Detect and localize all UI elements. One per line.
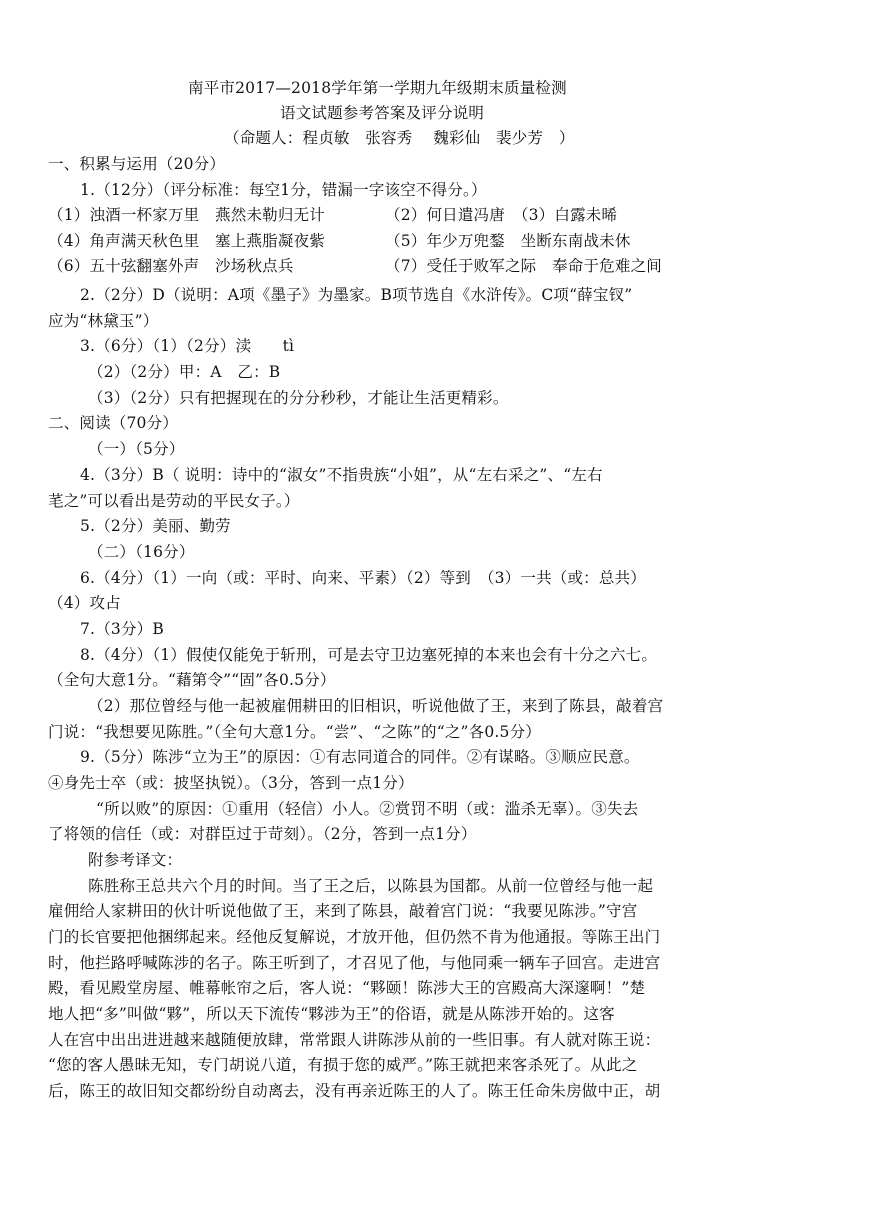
translation-line: 人在宫中出出进进越来越随便放肆，常常跟人讲陈涉从前的一些旧事。有人就对陈王说：	[48, 1028, 738, 1053]
question-3-line-1: 3.（6分）（1）（2分）渎 tì	[80, 334, 738, 359]
document-title: 南平市2017—2018学年第一学期九年级期末质量检测	[188, 76, 788, 101]
document-authors: （命题人：程贞敏 张容秀 魏彩仙 裴少芳 ）	[224, 126, 724, 151]
translation-line: 陈胜称王总共六个月的时间。当了王之后，以陈县为国都。从前一位曾经与他一起	[88, 874, 738, 899]
part-1-heading: （一）（5分）	[88, 437, 738, 462]
question-3-line-3: （3）（2分）只有把握现在的分分秒秒，才能让生活更精彩。	[88, 386, 738, 411]
answer-5: （5）年少万兜鍪 坐断东南战未休	[385, 229, 631, 254]
section-heading-1: 一、积累与运用（20分）	[48, 152, 738, 177]
answer-row-3: （6）五十弦翻塞外声 沙场秋点兵 （7）受任于败军之际 奉命于危难之间	[48, 254, 738, 279]
question-9-line-1: 9.（5分）陈涉“立为王”的原因：①有志同道合的同伴。②有谋略。③顺应民意。	[80, 745, 738, 770]
translation-line: 时，他拦路呼喊陈涉的名子。陈王听到了，才召见了他，与他同乘一辆车子回宫。走进宫	[48, 951, 738, 976]
question-6-line-2: （4）攻占	[48, 591, 738, 616]
answer-1: （1）浊酒一杯家万里 燕然未勒归无计	[48, 203, 325, 228]
translation-line: 后，陈王的故旧知交都纷纷自动离去，没有再亲近陈王的人了。陈王任命朱房做中正，胡	[48, 1079, 738, 1104]
question-2-line-1: 2.（2分）D（说明：A项《墨子》为墨家。B项节选自《水浒传》。C项“薛宝钗”	[80, 283, 738, 308]
question-1-label: 1.（12分）（评分标准：每空1分，错漏一字该空不得分。）	[80, 178, 738, 203]
answer-row-2: （4）角声满天秋色里 塞上燕脂凝夜紫 （5）年少万兜鍪 坐断东南战未休	[48, 229, 738, 254]
translation-line: 地人把“多”叫做“夥”，所以天下流传“夥涉为王”的俗语，就是从陈涉开始的。这客	[48, 1002, 738, 1027]
question-4-line-2: 芼之”可以看出是劳动的平民女子。）	[48, 489, 738, 514]
question-8-line-4: 门说：“我想要见陈胜。”（全句大意1分。“尝”、“之陈”的“之”各0.5分）	[48, 720, 738, 745]
document-page: 南平市2017—2018学年第一学期九年级期末质量检测 语文试题参考答案及评分说…	[0, 0, 869, 1229]
answer-7: （7）受任于败军之际 奉命于危难之间	[385, 254, 662, 279]
part-2-heading: （二）（16分）	[88, 540, 738, 565]
section-heading-2: 二、阅读（70分）	[48, 411, 738, 436]
translation-line: 殿，看见殿堂房屋、帷幕帐帘之后，客人说：“夥颐！陈涉大王的宫殿高大深邃啊！”楚	[48, 976, 738, 1001]
question-8-line-3: （2）那位曾经与他一起被雇佣耕田的旧相识，听说他做了王，来到了陈县，敲着宫	[88, 694, 738, 719]
question-9-line-2: ④身先士卒（或：披坚执锐）。（3分，答到一点1分）	[48, 771, 738, 796]
question-2-line-2: 应为“林黛玉”）	[48, 309, 738, 334]
question-7: 7.（3分）B	[80, 617, 738, 642]
question-9-line-4: 了将领的信任（或：对群臣过于苛刻）。（2分，答到一点1分）	[48, 822, 738, 847]
answer-4: （4）角声满天秋色里 塞上燕脂凝夜紫	[48, 229, 325, 254]
question-8-line-1: 8.（4分）（1）假使仅能免于斩刑，可是去守卫边塞死掉的本来也会有十分之六七。	[80, 643, 738, 668]
answer-6: （6）五十弦翻塞外声 沙场秋点兵	[48, 254, 294, 279]
question-9-line-3: “所以败”的原因：①重用（轻信）小人。②赏罚不明（或：滥杀无辜）。③失去	[96, 797, 738, 822]
question-3-line-2: （2）（2分）甲：A 乙：B	[88, 360, 738, 385]
translation-line: “您的客人愚昧无知，专门胡说八道，有损于您的威严。”陈王就把来客杀死了。从此之	[48, 1053, 738, 1078]
document-subtitle: 语文试题参考答案及评分说明	[280, 101, 680, 126]
answer-2-3: （2）何日遣冯唐 （3）白露未晞	[385, 203, 617, 228]
question-5: 5.（2分）美丽、勤劳	[80, 514, 738, 539]
translation-line: 雇佣给人家耕田的伙计听说他做了王，来到了陈县，敲着宫门说：“我要见陈涉。”守宫	[48, 899, 738, 924]
question-4-line-1: 4.（3分）B（ 说明：诗中的“淑女”不指贵族“小姐”，从“左右采之”、“左右	[80, 463, 738, 488]
translation-line: 门的长官要把他捆绑起来。经他反复解说，才放开他，但仍然不肯为他通报。等陈王出门	[48, 925, 738, 950]
translation-heading: 附参考译文：	[88, 848, 738, 873]
answer-row-1: （1）浊酒一杯家万里 燕然未勒归无计 （2）何日遣冯唐 （3）白露未晞	[48, 203, 738, 228]
question-6-line-1: 6.（4分）（1）一向（或：平时、向来、平素）（2）等到 （3）一共（或：总共）	[80, 566, 738, 591]
question-8-line-2: （全句大意1分。“藉第令”“固”各0.5分）	[48, 668, 738, 693]
